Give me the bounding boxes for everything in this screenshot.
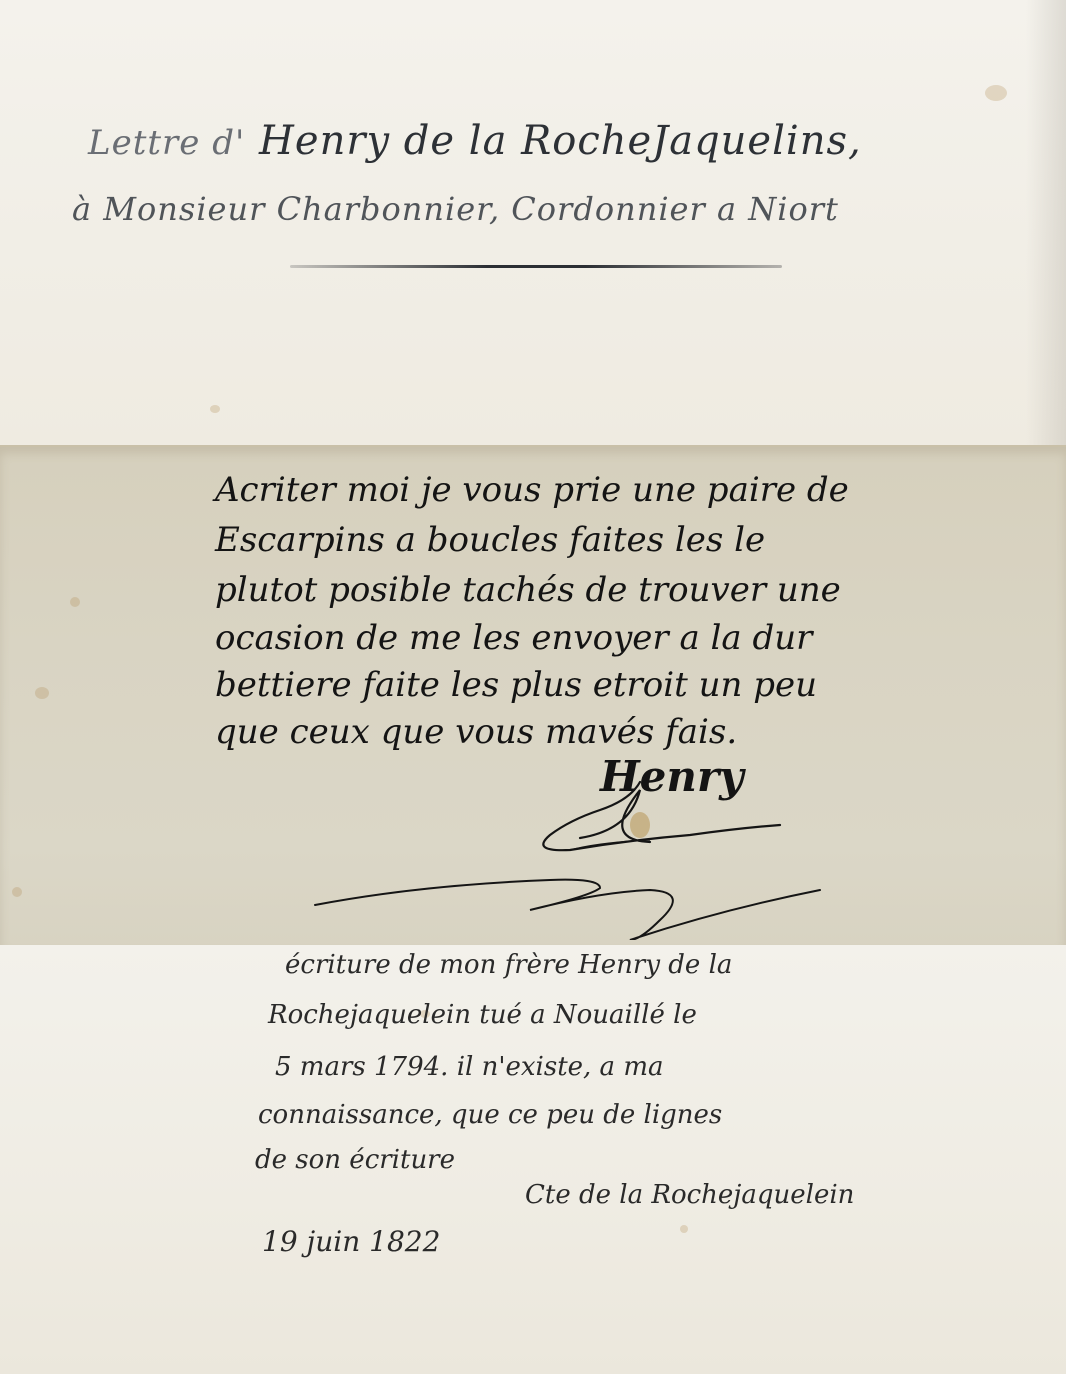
annotation-date: 19 juin 1822 (262, 1225, 440, 1258)
annotation-line: Rochejaquelein tué a Nouaillé le (268, 1000, 697, 1030)
annotation-line: connaissance, que ce peu de lignes (258, 1100, 722, 1130)
foxing-stain (210, 405, 220, 413)
upper-paper-panel: Lettre d' Henry de la RocheJaquelins, à … (0, 0, 1066, 445)
letter-line: Escarpins a boucles faites les le (215, 520, 765, 560)
foxing-stain (680, 1225, 688, 1233)
letter-line: que ceux que vous mavés fais. (215, 712, 737, 752)
header-prefix: Lettre d' (88, 123, 245, 163)
letter-line: bettiere faite les plus etroit un peu (215, 665, 817, 705)
header-name: Henry de la RocheJaquelins, (259, 118, 862, 164)
signature-flourish (300, 780, 860, 940)
foxing-stain (35, 687, 49, 699)
document-sheet: Lettre d' Henry de la RocheJaquelins, à … (0, 0, 1066, 1374)
letter-line: plutot posible tachés de trouver une (215, 570, 841, 610)
letter-line: Acriter moi je vous prie une paire de (215, 470, 849, 510)
annotation-line: écriture de mon frère Henry de la (285, 950, 732, 980)
page-edge-shadow (1026, 0, 1066, 445)
header-rule-divider (290, 265, 782, 268)
foxing-stain (70, 597, 80, 607)
annotation-signature: Cte de la Rochejaquelein (525, 1180, 854, 1210)
letter-line: ocasion de me les envoyer a la dur (215, 618, 812, 658)
foxing-stain (985, 85, 1007, 101)
header-recipient: à Monsieur Charbonnier, Cordonnier a Nio… (72, 190, 839, 228)
foxing-stain (12, 887, 22, 897)
header-title: Lettre d' Henry de la RocheJaquelins, (88, 118, 862, 164)
annotation-line: 5 mars 1794. il n'existe, a ma (275, 1052, 663, 1082)
annotation-line: de son écriture (255, 1145, 455, 1175)
